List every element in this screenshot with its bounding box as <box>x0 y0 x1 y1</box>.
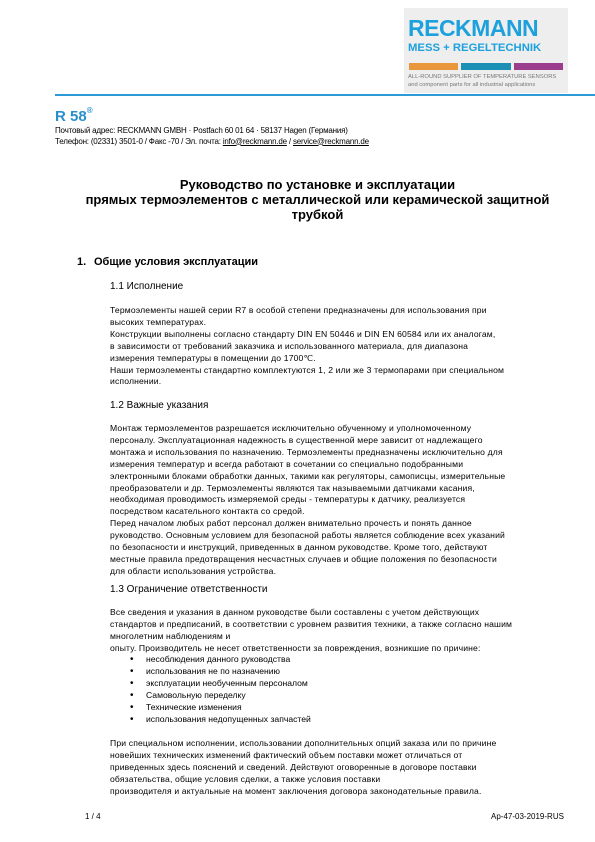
text-line: Все сведения и указания в данном руковод… <box>110 607 580 619</box>
section-1-heading: 1.Общие условия эксплуатации <box>77 256 258 268</box>
document-title: Руководство по установке и эксплуатации … <box>40 177 595 222</box>
text-line: обязательства, общие условия сделки, а т… <box>110 774 580 786</box>
document-code: Ap-47-03-2019-RUS <box>491 812 564 821</box>
text-line: исполнении. <box>110 376 580 388</box>
text-line: персоналу. Эксплуатационная надежность в… <box>110 435 580 447</box>
phone-email-line: Телефон: (02331) 3501-0 / Факс -70 / Эл.… <box>55 137 369 148</box>
text-line: в зависимости от требований заказчика и … <box>110 341 580 353</box>
subsection-1-1-heading: 1.1 Исполнение <box>110 281 183 292</box>
logo-subtitle: MESS + REGELTECHNIK <box>408 42 541 54</box>
text-line: посредством касательного контакта со сре… <box>110 506 580 518</box>
logo-bar-orange <box>409 63 458 70</box>
text-line: измерения температур и всегда работают в… <box>110 459 580 471</box>
text-line: монтажа и использования по назначению. Т… <box>110 447 580 459</box>
title-line-1: Руководство по установке и эксплуатации <box>40 177 595 192</box>
list-item: эксплуатации необученным персоналом <box>130 678 311 690</box>
subsection-1-1-text: Термоэлементы нашей серии R7 в особой ст… <box>110 305 580 388</box>
text-line: При специальном исполнении, использовани… <box>110 738 580 750</box>
text-line: руководство. Основным условием для безоп… <box>110 530 580 542</box>
email-link-info[interactable]: info@reckmann.de <box>223 137 287 146</box>
text-line: Монтаж термоэлементов разрешается исключ… <box>110 423 580 435</box>
logo-tagline: ALL-ROUND SUPPLIER OF TEMPERATURE SENSOR… <box>408 74 556 89</box>
logo-bar-teal <box>461 63 510 70</box>
text-line: новейших технических изменений фактическ… <box>110 750 580 762</box>
text-line: многолетним наблюдениям и <box>110 631 580 643</box>
subsection-1-2-text: Монтаж термоэлементов разрешается исключ… <box>110 423 580 578</box>
model-number: R 58® <box>55 108 93 125</box>
company-logo: RECKMANN MESS + REGELTECHNIK ALL-ROUND S… <box>404 8 568 93</box>
text-line: высоких температурах. <box>110 317 580 329</box>
list-item: Технические изменения <box>130 702 311 714</box>
postal-address: Почтовый адрес: RECKMANN GMBH · Postfach… <box>55 126 369 137</box>
text-line: необходимая проводимость измеряемой сред… <box>110 494 580 506</box>
email-link-service[interactable]: service@reckmann.de <box>293 137 369 146</box>
logo-brand: RECKMANN <box>408 17 538 40</box>
subsection-1-2-heading: 1.2 Важные указания <box>110 400 208 411</box>
list-item: несоблюдения данного руководства <box>130 654 311 666</box>
text-line: приведенных здесь пояснений и сведений. … <box>110 762 580 774</box>
registered-mark: ® <box>87 106 93 115</box>
list-item: использования недопущенных запчастей <box>130 714 311 726</box>
text-line: опыту. Производитель не несет ответствен… <box>110 643 580 655</box>
title-line-3: трубкой <box>40 207 595 222</box>
text-line: производителя и актуальные на момент зак… <box>110 786 580 798</box>
logo-color-bars <box>409 63 563 70</box>
subsection-1-3-text: Все сведения и указания в данном руковод… <box>110 607 580 655</box>
text-line: для области использования устройства. <box>110 566 580 578</box>
text-line: преобразователи и др. Термоэлементы явля… <box>110 483 580 495</box>
text-line: по безопасности и инструкций, приведенны… <box>110 542 580 554</box>
logo-tagline-line-1: ALL-ROUND SUPPLIER OF TEMPERATURE SENSOR… <box>408 74 556 82</box>
list-item: Самовольную переделку <box>130 690 311 702</box>
text-line: Перед началом любых работ персонал долже… <box>110 518 580 530</box>
list-item: использования не по назначению <box>130 666 311 678</box>
logo-tagline-line-2: and component parts for all industrial a… <box>408 82 556 90</box>
text-line: местные правила предотвращения несчастны… <box>110 554 580 566</box>
text-line: Конструкции выполнены согласно стандарту… <box>110 329 580 341</box>
contact-block: Почтовый адрес: RECKMANN GMBH · Postfach… <box>55 126 369 147</box>
subsection-1-3-heading: 1.3 Ограничение ответственности <box>110 584 268 595</box>
page-number: 1 / 4 <box>85 812 101 821</box>
text-line: стандартов и предписаний, в соответствии… <box>110 619 580 631</box>
title-line-2: прямых термоэлементов с металлической ил… <box>40 192 595 207</box>
text-line: измерения температуры в помещении до 170… <box>110 353 580 365</box>
text-line: Термоэлементы нашей серии R7 в особой ст… <box>110 305 580 317</box>
subsection-1-3-closing-text: При специальном исполнении, использовани… <box>110 738 580 798</box>
logo-bar-purple <box>514 63 563 70</box>
liability-causes-list: несоблюдения данного руководстваиспользо… <box>130 654 311 725</box>
text-line: электронными блоками обработки данных, т… <box>110 471 580 483</box>
header-divider <box>55 94 595 96</box>
text-line: Наши термоэлементы стандартно комплектую… <box>110 365 580 377</box>
